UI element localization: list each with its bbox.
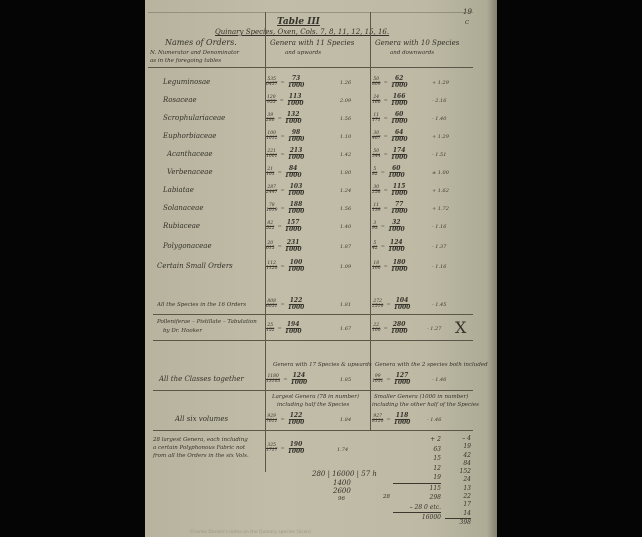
order-name: Verbenaceae [167, 168, 213, 176]
header-large-genera-sub: and upwards [285, 50, 321, 56]
small-genera-fraction: 11139=771000 [372, 202, 408, 215]
page-subtitle: Quinary Species, Oxen, Cols. 7, 8, 11, 1… [215, 28, 389, 36]
small-genera-ratio: + 1.62 [432, 188, 449, 194]
large-genera-fraction: 39280=1321000 [266, 112, 302, 125]
large-genera-fraction: 25152=1941000 [266, 322, 302, 335]
large-genera-ratio: 2.09 [340, 98, 351, 104]
six-volumes-row-name: All six volumes [175, 415, 228, 423]
large-genera-fraction: 2211001=2131000 [266, 148, 304, 161]
small-genera-fraction: 11171=601000 [372, 112, 408, 125]
small-genera-fraction: 22100=2801000 [372, 322, 408, 335]
large-genera-fraction: 21103=841000 [266, 166, 302, 179]
together-small-header: Genera with the 2 species both included [375, 362, 488, 368]
header-small-genera: Genera with 10 Species [375, 39, 459, 47]
largest-genera-note-3: from all the Orders in the six Vols. [153, 453, 249, 459]
large-genera-fraction: 118013103=1241000 [266, 373, 307, 386]
largest-genera-note-2: a certain Polyphonous Fabric not [153, 445, 245, 451]
order-name: Solanaceae [163, 204, 203, 212]
scan-caption: Charles Darwin's notes on the Quinary sp… [190, 530, 311, 535]
large-genera-fraction: 9297611=1221000 [266, 413, 304, 426]
small-genera-ratio: - 1.46 [432, 377, 446, 383]
largest-genera-fraction: 3251717=1901000 [266, 442, 304, 455]
order-name: Leguminosae [163, 78, 210, 86]
large-genera-ratio: 1.40 [340, 224, 351, 230]
division-line-2: 1400 [333, 479, 351, 487]
large-genera-ratio: 1.67 [340, 326, 351, 332]
header-note-2: as in the foregoing tables [150, 58, 221, 64]
small-genera-ratio: - 1.51 [432, 152, 446, 158]
large-genera-fraction: 781019=1881000 [266, 202, 304, 215]
small-genera-ratio: + 1.29 [432, 80, 449, 86]
small-genera-ratio: - 1.45 [432, 302, 446, 308]
division-line-3: 2600 [333, 487, 351, 495]
order-name: Labiatae [163, 186, 194, 194]
header-large-genera: Genera with 11 Species [270, 39, 354, 47]
row-divider-4 [153, 430, 473, 431]
order-name: Rosaceae [163, 96, 197, 104]
row-divider-2 [153, 340, 473, 341]
small-genera-fraction: 393=321000 [372, 220, 405, 233]
right-column-sums: – 4 19 42 84 152 24 13 22 17 14 398 [445, 435, 471, 527]
six-volumes-small-header-1: Smaller Genera (1000 in number) [374, 394, 468, 400]
large-genera-ratio: 1.09 [340, 264, 351, 270]
page-title: Table III [277, 17, 320, 27]
large-genera-ratio: 1.26 [340, 80, 351, 86]
large-genera-ratio: 1.56 [340, 206, 351, 212]
six-volumes-small-header-2: including the other half of the Species [372, 402, 479, 408]
order-name: Scrophulariaceae [163, 114, 225, 122]
order-name: Euphorbiaceae [163, 132, 216, 140]
together-large-header: Genera with 17 Species & upwards [273, 362, 372, 368]
six-volumes-large-header-2: including half the Species [277, 402, 349, 408]
division-calculation: 280 | 16000 | 57 h [312, 470, 377, 478]
cross-mark: X [455, 318, 466, 337]
left-column-sums: + 2 63 15 12 19 115 298 – 28 0 etc. 1600… [393, 435, 441, 523]
large-genera-ratio: 1.80 [340, 170, 351, 176]
small-genera-fraction: 542=1241000 [372, 240, 405, 253]
large-genera-ratio: 1.87 [340, 244, 351, 250]
large-genera-ratio: 1.56 [340, 116, 351, 122]
large-genera-fraction: 2872447=1031000 [266, 184, 304, 197]
header-small-genera-sub: and downwards [390, 50, 434, 56]
summary-row-name: All the Species in the 16 Orders [157, 302, 246, 308]
large-genera-fraction: 1001012=981000 [266, 130, 304, 143]
order-name: Rubiaceae [163, 222, 200, 230]
large-genera-ratio: 1.42 [340, 152, 351, 158]
small-genera-ratio: + 1.72 [432, 206, 449, 212]
small-genera-ratio: - 1.40 [432, 116, 446, 122]
small-genera-fraction: 24160=1661000 [372, 94, 408, 107]
large-genera-fraction: 120955=1131000 [266, 94, 304, 107]
small-genera-ratio: - 1.37 [432, 244, 446, 250]
order-name: Acanthaceae [167, 150, 213, 158]
small-genera-ratio: + 1.29 [432, 134, 449, 140]
large-genera-ratio: 1.24 [340, 188, 351, 194]
order-name: Certain Small Orders [157, 262, 233, 270]
together-row-name: All the Classes together [159, 375, 244, 383]
document-page: 19 C Table III Quinary Species, Oxen, Co… [145, 0, 497, 537]
small-genera-fraction: 50809=621000 [372, 76, 408, 89]
small-genera-fraction: 991051=1271000 [372, 373, 410, 386]
small-genera-ratio: ± 1.00 [432, 170, 449, 176]
small-genera-ratio: - 1.16 [432, 224, 446, 230]
large-genera-fraction: 1121120=1001000 [266, 260, 304, 273]
small-genera-ratio: - 1.46 [427, 417, 441, 423]
small-genera-fraction: 50344=1741000 [372, 148, 408, 161]
small-genera-fraction: 2722510=1041000 [372, 298, 410, 311]
small-genera-ratio: - 2.16 [432, 98, 446, 104]
largest-genera-ratio: 1.74 [337, 447, 348, 453]
small-genera-fraction: 9278120=1181000 [372, 413, 410, 426]
order-name: Polygonaceae [163, 242, 212, 250]
small-genera-ratio: - 1.27 [427, 326, 441, 332]
large-genera-fraction: 8086051=1221000 [266, 298, 304, 311]
header-note-1: N. Numerator and Denominator [150, 50, 239, 56]
small-genera-ratio: - 1.16 [432, 264, 446, 270]
large-genera-fraction: 20615=2311000 [266, 240, 302, 253]
small-genera-fraction: 30467=641000 [372, 130, 408, 143]
large-genera-ratio: 1.84 [340, 417, 351, 423]
top-border [148, 12, 473, 13]
header-divider [148, 67, 473, 68]
large-genera-ratio: 1.85 [340, 377, 351, 383]
large-genera-fraction: 82522=1571000 [266, 220, 302, 233]
small-genera-fraction: 582=601000 [372, 166, 405, 179]
small-genera-fraction: 30258=1151000 [372, 184, 408, 197]
side-mark: 28 [383, 494, 390, 500]
large-genera-ratio: 1.81 [340, 302, 351, 308]
header-names-of-orders: Names of Orders. [165, 38, 237, 47]
row-divider-3 [153, 390, 473, 391]
six-volumes-large-header-1: Largest Genera (78 in number) [272, 394, 359, 400]
summary-row-name-2: by Dr. Hooker [163, 328, 202, 334]
summary-row-name: Polleniferae – Pistillate – Tabulation [157, 319, 257, 325]
small-genera-fraction: 18100=1801000 [372, 260, 408, 273]
row-divider-1 [153, 314, 473, 315]
largest-genera-note-1: 28 largest Genera, each including [153, 437, 248, 443]
division-line-4: 96 [338, 496, 345, 502]
large-genera-fraction: 5356457=731000 [266, 76, 304, 89]
corner-mark: C [465, 20, 469, 26]
large-genera-ratio: 1.10 [340, 134, 351, 140]
